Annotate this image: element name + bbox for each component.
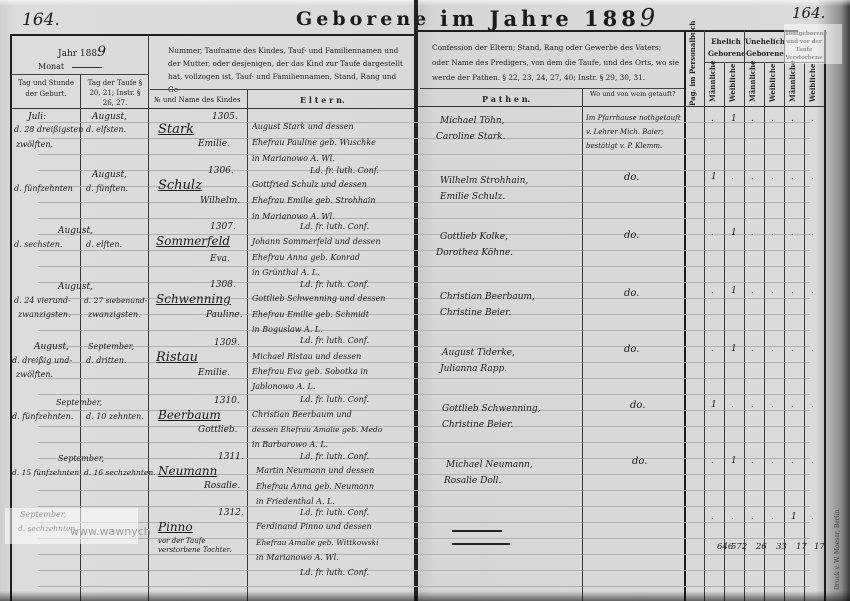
baptism-date-line: August,: [92, 170, 127, 180]
mark-male-illegit: .: [751, 344, 754, 354]
parents-line: Gottlieb Schwenning und dessen: [252, 294, 385, 303]
header-parents: E l t e r n.: [300, 95, 345, 105]
parents-line: Ld. fr. luth. Conf.: [300, 395, 369, 404]
total-female-illegit: 33: [776, 542, 787, 552]
parents-line: Martin Neumann und dessen: [256, 466, 374, 475]
birth-date-line: d. 15 fünfzehnten: [12, 468, 79, 477]
baptized-by-line: do.: [630, 400, 645, 411]
header-bottom-right: [418, 106, 824, 107]
mark-female-illegit: .: [771, 286, 774, 296]
header-divider-right: [420, 88, 684, 89]
rule-line: [38, 442, 810, 443]
col-divider-illegit: [784, 30, 785, 601]
rule-line: [38, 186, 810, 187]
birth-date-line: zwölften.: [16, 370, 53, 379]
col-divider-m2: [764, 62, 765, 601]
total-female-legit: 572: [731, 542, 747, 552]
mark-female-legit: 1: [731, 456, 737, 466]
rule-line: [38, 506, 810, 507]
parents-line: Ehefrau Emilie geb. Schmidt: [252, 310, 369, 319]
rule-line: [38, 458, 810, 459]
birth-date-line: d. fünfzehnten.: [12, 412, 73, 421]
parents-line: August Stark und dessen: [252, 122, 354, 131]
rule-line: [38, 378, 810, 379]
baptized-by-line: do.: [624, 230, 639, 241]
baptism-date-line: d. elften.: [86, 240, 122, 249]
printer-mark: Druck v. W. Moeser, Berlin: [834, 480, 841, 590]
header-legitimate: Ehelich Geborene: [708, 36, 744, 60]
mark-male-legit: .: [711, 512, 714, 522]
mark-male-illegit: .: [751, 512, 754, 522]
rule-line: [38, 298, 810, 299]
child-given-name: vor der Taufe verstorbene Tochter.: [158, 537, 246, 555]
rule-line: [38, 410, 810, 411]
mark-male-still: .: [791, 344, 794, 354]
year-label-text: Jahr 188: [58, 49, 97, 59]
parents-line: Michael Ristau und dessen: [252, 352, 361, 361]
rule-line: [38, 522, 810, 523]
parents-line: Ld. fr. luth. Conf.: [300, 336, 369, 345]
godparent-line: Christine Beier.: [442, 420, 513, 430]
parents-line: Johann Sommerfeld und dessen: [252, 237, 381, 246]
rule-line: [38, 586, 810, 587]
godparent-line: Christian Beerbaum,: [440, 292, 535, 302]
birth-date-line: d. fünfzehnten: [14, 184, 73, 193]
entry-number: 1309.: [214, 338, 240, 348]
parents-line: Ld. fr. luth. Conf.: [300, 452, 369, 461]
baptism-date-line: d. 16 sechzehnten.: [84, 468, 156, 477]
baptized-by-line: Im Pfarrhause nothgetauft: [586, 114, 681, 122]
col-divider-legit: [744, 30, 745, 601]
child-surname: Pinno: [158, 520, 193, 534]
birth-date-line: September,: [56, 398, 102, 407]
baptism-date-line: August,: [58, 282, 93, 292]
rule-line: [38, 202, 810, 203]
birth-date-line: Juli:: [28, 112, 46, 122]
mark-female-legit: .: [731, 512, 734, 522]
parents-line: Ld. fr. luth. Conf.: [310, 166, 379, 175]
book-spine: [414, 0, 418, 601]
parents-line: in Boguslaw A. L.: [252, 325, 323, 334]
parents-line: Ehefrau Eva geb. Sobotka in: [252, 367, 368, 376]
mark-female-legit: 1: [731, 344, 737, 354]
rule-line: [38, 154, 810, 155]
mark-female-still: .: [811, 400, 814, 410]
mark-male-legit: .: [711, 114, 714, 124]
parents-line: Ehefrau Amalie geb. Wittkowski: [256, 538, 379, 547]
mark-female-illegit: .: [771, 172, 774, 182]
rule-line: [38, 250, 810, 251]
godparent-line: Dorothea Köhne.: [436, 248, 513, 258]
birth-date-line: d. dreißig und-: [12, 356, 72, 365]
child-given-name: Wilhelm.: [200, 196, 240, 206]
baptism-date-line: August,: [58, 226, 93, 236]
mark-female-still: .: [811, 228, 814, 238]
child-given-name: Gottlieb.: [198, 425, 238, 435]
child-given-name: Emilie.: [198, 368, 230, 378]
rule-line: [38, 218, 810, 219]
mark-male-still: .: [791, 172, 794, 182]
frame-top-right: [418, 30, 798, 32]
header-page-register: Pag. im Personalbuch: [688, 36, 697, 106]
child-surname: Beerbaum: [158, 408, 221, 422]
child-surname: Stark: [158, 122, 194, 137]
mark-female-illegit: .: [771, 344, 774, 354]
parents-line: Jablonowo A. L.: [252, 382, 315, 391]
mark-male-illegit: .: [751, 456, 754, 466]
parents-line: Ld. fr. luth. Conf.: [300, 508, 369, 517]
godparent-line: Wilhelm Strohhain,: [440, 176, 528, 186]
mark-female-legit: .: [731, 172, 734, 182]
mark-female-illegit: .: [771, 228, 774, 238]
mark-male-legit: .: [711, 286, 714, 296]
parents-line: in Marianowo A. Wl.: [256, 553, 339, 562]
baptism-date-line: d. 10 zehnten.: [86, 412, 144, 421]
parents-line: in Marianowo A. Wl.: [252, 154, 335, 163]
parents-line: Ehefrau Emilie geb. Strohhain: [252, 196, 376, 205]
frame-top-left: [10, 34, 414, 36]
parents-line: in Friedenthal A. L.: [256, 497, 335, 506]
baptism-date-line: August,: [92, 112, 127, 122]
parents-line: Ld. fr. luth. Conf.: [300, 222, 369, 231]
child-given-name: Emilie.: [198, 139, 230, 149]
year-digit: 9: [97, 44, 106, 60]
mark-male-still: .: [791, 456, 794, 466]
header-child-name: № und Name des Kindes: [154, 96, 241, 104]
entry-number: 1306.: [208, 166, 234, 176]
header-female-3: Weibliche: [808, 66, 817, 102]
mark-female-legit: .: [731, 400, 734, 410]
godparent-line: Rosalie Doll.: [444, 476, 501, 486]
baptized-by-line: do.: [624, 344, 639, 355]
mark-male-still: 1: [791, 512, 797, 522]
mark-female-legit: 1: [731, 114, 737, 124]
mark-female-legit: 1: [731, 286, 737, 296]
mark-female-still: .: [811, 114, 814, 124]
col-divider-pag: [704, 30, 705, 601]
col-divider-godparents: [582, 88, 583, 601]
rule-line: [38, 490, 810, 491]
header-baptized-where: Wo und von wem getauft?: [590, 90, 675, 98]
mark-male-legit: 1: [711, 172, 717, 182]
child-given-name: Rosalie.: [204, 481, 240, 491]
godparents-dash: [452, 530, 502, 532]
header-male-3: Männliche: [788, 66, 797, 102]
mark-male-still: .: [791, 286, 794, 296]
right-description: Confession der Eltern; Stand, Rang oder …: [432, 40, 680, 85]
header-bottom-left: [12, 108, 414, 109]
mark-male-still: .: [791, 228, 794, 238]
mark-female-illegit: .: [771, 114, 774, 124]
entry-number: 1305.: [212, 112, 238, 122]
rule-line: [38, 122, 810, 123]
baptized-by-line: do.: [632, 456, 647, 467]
entry-number: 1311.: [218, 452, 244, 462]
register-page: 164. 164. Geborene im Jahre 1889 Jahr 18…: [0, 0, 850, 601]
baptism-date-line: d. dritten.: [86, 356, 127, 365]
parents-line: Ferdinand Pinno und dessen: [256, 522, 372, 531]
mark-male-illegit: .: [751, 400, 754, 410]
mark-male-illegit: .: [751, 114, 754, 124]
birth-date-line: d. sechsten.: [14, 240, 62, 249]
mark-female-illegit: .: [771, 400, 774, 410]
mark-male-legit: .: [711, 228, 714, 238]
total-male-still: 17: [796, 542, 807, 552]
godparent-line: Julianna Rapp.: [440, 364, 507, 374]
godparent-line: Michael Töhn,: [440, 116, 505, 126]
mark-male-illegit: .: [751, 228, 754, 238]
col-divider-m1: [724, 62, 725, 601]
mark-female-still: .: [811, 456, 814, 466]
child-surname: Neumann: [158, 464, 217, 478]
birth-date-line: zwölften.: [16, 140, 53, 149]
mark-male-legit: .: [711, 344, 714, 354]
child-surname: Ristau: [156, 350, 198, 365]
baptism-date-line: zwanzigsten.: [88, 310, 141, 319]
col-divider-stats: [684, 30, 686, 601]
mark-female-still: .: [811, 344, 814, 354]
rule-line: [38, 362, 810, 363]
title-year-prefix: im Jahre 188: [440, 6, 640, 31]
baptism-date-line: d. fünften.: [86, 184, 128, 193]
month-blank: [72, 67, 102, 68]
parents-line: in Grünthal A. L.: [252, 268, 320, 277]
year-label: Jahr 1889: [58, 44, 106, 60]
scan-top-fade: [0, 0, 850, 6]
header-divider-mid: [150, 89, 414, 90]
header-illegitimate: Unehelich Geborene: [745, 36, 785, 60]
mark-male-illegit: .: [751, 286, 754, 296]
godparent-line: Gottlieb Schwenning,: [442, 404, 540, 414]
parents-line: in Barbarowo A. L.: [252, 440, 328, 449]
child-given-name: Eva.: [210, 254, 230, 264]
mark-female-still: .: [811, 512, 814, 522]
parents-line: Ehefrau Anna geb. Konrad: [252, 253, 360, 262]
page-number-right: 164.: [792, 4, 825, 22]
title-year-digit: 9: [640, 4, 659, 32]
rule-line: [38, 282, 810, 283]
frame-right: [824, 30, 826, 601]
baptized-dash: [452, 543, 510, 545]
baptized-by-line: v. Lehrer Mich. Baier;: [586, 128, 664, 136]
mark-female-illegit: .: [771, 512, 774, 522]
mark-female-legit: 1: [731, 228, 737, 238]
mark-female-still: .: [811, 172, 814, 182]
col-divider-1: [148, 36, 149, 601]
rule-line: [38, 234, 810, 235]
total-female-still: 17: [814, 542, 825, 552]
baptism-date-line: d. elfsten.: [86, 125, 126, 134]
rule-line: [38, 314, 810, 315]
header-baptism-date: Tag der Taufe § 20, 21; Instr. § 26, 27.: [83, 78, 147, 108]
header-godparents: P a t h e n.: [482, 94, 530, 104]
baptism-date-line: September,: [88, 342, 134, 351]
header-male-2: Männliche: [748, 66, 757, 102]
godparent-line: Caroline Stark.: [436, 132, 505, 142]
header-female-2: Weibliche: [768, 66, 777, 102]
baptized-by-line: bestätigt v. P. Klemm.: [586, 142, 662, 150]
parents-line: Ehefrau Pauline geb. Wuschke: [252, 138, 376, 147]
total-male-illegit: 26: [756, 542, 767, 552]
entry-number: 1307.: [210, 222, 236, 232]
mark-male-illegit: .: [751, 172, 754, 182]
parents-line: dessen Ehefrau Amalie geb. Medo: [252, 425, 382, 434]
birth-date-line: zwanzigsten.: [18, 310, 71, 319]
rule-line: [38, 554, 810, 555]
rule-line: [38, 570, 810, 571]
rule-line: [38, 426, 810, 427]
child-surname: Sommerfeld: [156, 234, 230, 248]
watermark-text: www.wawnych: [70, 525, 151, 538]
page-number-left: 164.: [22, 10, 60, 30]
mark-male-still: .: [791, 400, 794, 410]
baptized-by-line: do.: [624, 288, 639, 299]
parents-line: Ehefrau Anna geb. Neumann: [256, 482, 374, 491]
entry-number: 1308.: [210, 280, 236, 290]
title-geborene: Geborene: [296, 8, 430, 30]
title-im-jahre: im Jahre 1889: [440, 4, 659, 32]
watermark-box-right: [784, 24, 842, 64]
header-female-1: Weibliche: [728, 66, 737, 102]
rule-line: [38, 538, 810, 539]
rule-line: [38, 346, 810, 347]
header-birth-date: Tag und Stunde der Geburt.: [14, 78, 78, 100]
baptized-by-line: do.: [624, 172, 639, 183]
godparent-line: Christine Beier.: [440, 308, 511, 318]
col-divider-child: [247, 89, 248, 601]
entry-number: 1312.: [218, 508, 244, 518]
rule-line: [38, 170, 810, 171]
parents-line: Christian Beerbaum und: [252, 410, 352, 419]
rule-line: [38, 330, 810, 331]
birth-date-line: September,: [58, 454, 104, 463]
godparent-line: August Tiderke,: [442, 348, 515, 358]
birth-date-line: d. 28 dreißigsten: [14, 125, 83, 134]
mark-female-illegit: .: [771, 456, 774, 466]
godparent-line: Gottlieb Kolke,: [440, 232, 508, 242]
header-male-1: Männliche: [708, 66, 717, 102]
col-divider-m3: [804, 62, 805, 601]
birth-date-line: August,: [34, 342, 69, 352]
month-label: Monat: [38, 62, 64, 71]
child-surname: Schulz: [158, 178, 202, 193]
child-given-name: Pauline.: [206, 310, 243, 320]
godparent-line: Emilie Schulz.: [440, 192, 505, 202]
godparent-line: Michael Neumann,: [446, 460, 533, 470]
birth-date-line: d. 24 vierund-: [14, 296, 71, 305]
parents-line: Ld. fr. luth. Conf.: [300, 280, 369, 289]
rule-line: [38, 394, 810, 395]
mark-male-still: .: [791, 114, 794, 124]
mark-female-still: .: [811, 286, 814, 296]
parents-line: Ld. fr. luth. Conf.: [300, 568, 369, 577]
child-surname: Schwenning: [156, 292, 231, 306]
baptism-date-line: d. 27 siebenund-: [84, 296, 147, 305]
rule-line: [38, 138, 810, 139]
mark-male-legit: 1: [711, 400, 717, 410]
parents-line: in Marianowo A. Wl.: [252, 212, 335, 221]
entry-number: 1310.: [214, 396, 240, 406]
scan-bottom-shadow: [0, 591, 850, 601]
mark-male-legit: .: [711, 456, 714, 466]
parents-line: Gottfried Schulz und dessen: [252, 180, 367, 189]
rule-line: [38, 266, 810, 267]
